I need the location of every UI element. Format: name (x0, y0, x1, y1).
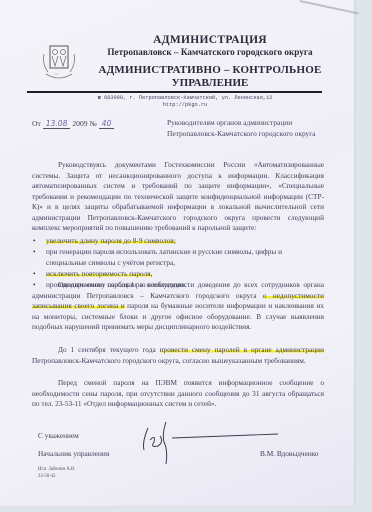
handwritten-number: 40 (99, 119, 115, 129)
closing-regards: С уважением (38, 431, 79, 440)
list-item: увеличить длину пароля до 8-9 символов; (30, 235, 324, 246)
list-item: при генерации пароля использовать латинс… (30, 246, 324, 268)
department-name-line2: УПРАВЛЕНИЕ (80, 77, 340, 89)
city-coat-of-arms-icon: ~~~ (40, 42, 78, 82)
list-item: исключить повторяемость пароля, (30, 268, 324, 279)
letterhead-title: АДМИНИСТРАЦИЯ (80, 34, 340, 46)
executor-info: Исп. Забелин А.В. 23-50-42 (38, 466, 75, 480)
letterhead-address: ☎ 683000, г. Петропавловск-Камчатский, у… (40, 95, 330, 109)
letter-sheet: ~~~ АДМИНИСТРАЦИЯ Петропавловск – Камчат… (0, 0, 354, 506)
reference-line: От 13.08 2009 № 40 (32, 119, 114, 128)
website-link[interactable]: http://pkgo.ru (40, 102, 330, 109)
signer-name: В.М. Вдовыдченко (260, 449, 319, 458)
svg-text:~~~: ~~~ (54, 72, 59, 76)
paragraph-deadline: До 1 сентября текущего года провести сме… (32, 345, 324, 366)
signer-position: Начальник управления (38, 449, 109, 458)
paragraph-contact: Перед сменой пароля на ПЭВМ появится инф… (32, 378, 324, 410)
phone-icon: ☎ (98, 95, 101, 101)
handwritten-signature-icon (140, 420, 280, 470)
recipient-block: Руководителям органов администрации Петр… (167, 118, 327, 139)
highlighted-text: исключить повторяемость пароля, (46, 269, 152, 278)
paragraph-notice: Одновременно сообщаю о необходимости дов… (32, 280, 324, 333)
letterhead-divider (27, 91, 322, 93)
highlighted-text: провести смену паролей в органе админист… (160, 345, 324, 354)
department-name-line1: АДМИНИСТРАТИВНО – КОНТРОЛЬНОЕ (80, 64, 340, 76)
handwritten-date: 13.08 (43, 119, 71, 129)
paragraph-intro: Руководствуясь документами Гостехкомисси… (32, 160, 324, 234)
letterhead-subtitle: Петропавловск – Камчатского городского о… (80, 47, 340, 57)
highlighted-text: увеличить длину пароля до 8-9 символов; (46, 236, 176, 245)
paper-crease (300, 0, 359, 14)
